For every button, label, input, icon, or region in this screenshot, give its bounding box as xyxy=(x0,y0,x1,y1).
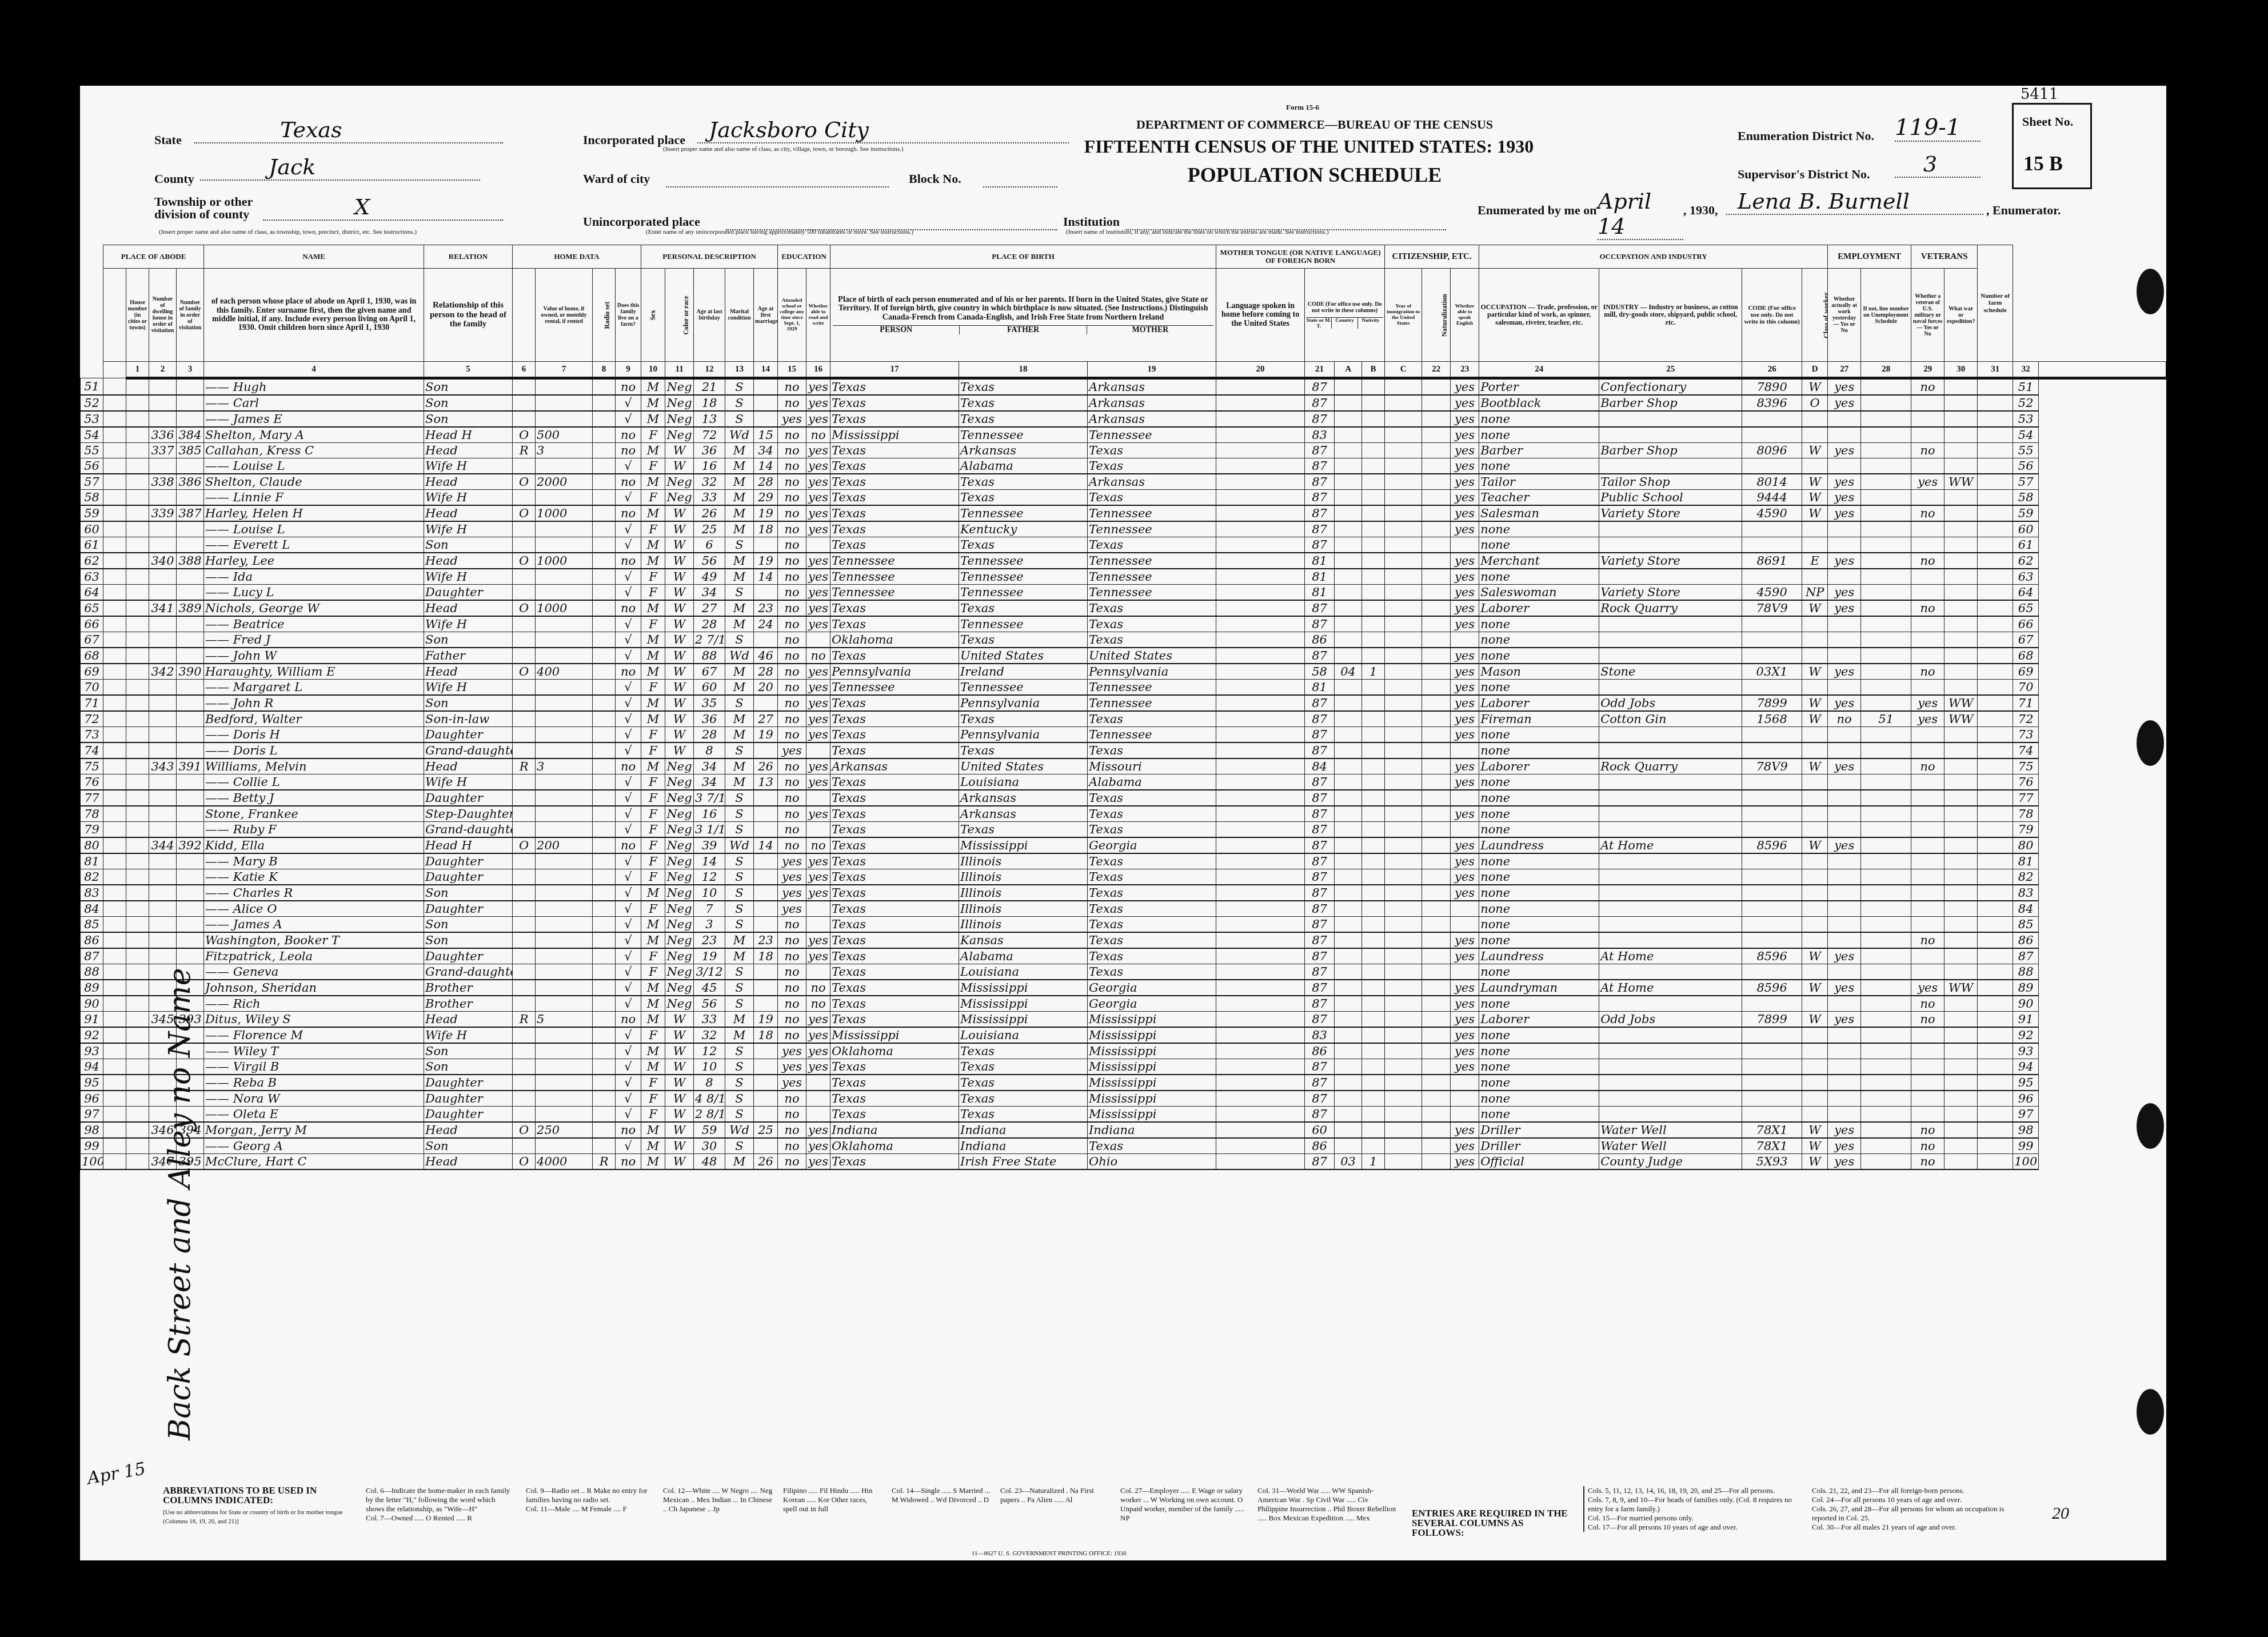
industry xyxy=(1599,1043,1742,1059)
read-write: yes xyxy=(806,1027,830,1043)
unemployment-line xyxy=(1861,932,1911,948)
occupation: none xyxy=(1479,458,1599,474)
marital-status: Wd xyxy=(725,1122,754,1138)
birthplace-father: Louisiana xyxy=(959,774,1088,790)
birthplace-father: Texas xyxy=(959,711,1088,727)
table-row: 88—— GenevaGrand-daughter√FNeg3/12SnoTex… xyxy=(81,964,2166,980)
age: 33 xyxy=(694,1012,725,1028)
veteran: no xyxy=(1911,443,1944,458)
attended-school: no xyxy=(778,378,806,396)
house-number xyxy=(126,521,149,537)
incorporated-note: (Insert proper name and also name of cla… xyxy=(663,146,904,153)
line-number-right: 70 xyxy=(2013,680,2039,696)
immigration-year xyxy=(1385,964,1422,980)
census-rows: 51—— HughSonnoMNeg21SnoyesTexasTexasArka… xyxy=(81,378,2166,1170)
line-number-header xyxy=(2039,362,2166,378)
house-number xyxy=(126,837,149,853)
code-c xyxy=(1362,1027,1385,1043)
unemployment-line xyxy=(1861,648,1911,664)
birthplace-mother: Missouri xyxy=(1088,758,1216,774)
code-a: 86 xyxy=(1305,1138,1335,1154)
farm: √ xyxy=(616,869,641,885)
radio-set xyxy=(593,648,616,664)
dwelling-number: 337 xyxy=(149,443,177,458)
radio-set xyxy=(593,1138,616,1154)
read-write: yes xyxy=(806,411,830,427)
line-number-left: 99 xyxy=(81,1138,103,1154)
veteran xyxy=(1911,585,1944,601)
occupation-code xyxy=(1742,1091,1802,1107)
war xyxy=(1944,648,1978,664)
class-of-worker xyxy=(1802,774,1828,790)
occupation: Official xyxy=(1479,1154,1599,1170)
race: W xyxy=(665,1107,694,1123)
veteran xyxy=(1911,1043,1944,1059)
family-number xyxy=(177,695,204,711)
speaks-english: yes xyxy=(1451,806,1479,822)
age-first-marriage: 29 xyxy=(754,490,778,506)
birthplace-father: Kentucky xyxy=(959,521,1088,537)
table-row: 51—— HughSonnoMNeg21SnoyesTexasTexasArka… xyxy=(81,378,2166,396)
code-b xyxy=(1335,505,1362,521)
birthplace-father: Illinois xyxy=(959,853,1088,869)
industry: Cotton Gin xyxy=(1599,711,1742,727)
abbrev-col9-11: Col. 9—Radio set .. R Make no entry for … xyxy=(526,1486,652,1514)
farm: √ xyxy=(616,948,641,964)
attended-school: yes xyxy=(778,742,806,758)
read-write: yes xyxy=(806,585,830,601)
mother-tongue xyxy=(1216,837,1305,853)
occupation-code: 1568 xyxy=(1742,711,1802,727)
code-a: 60 xyxy=(1305,1122,1335,1138)
code-b xyxy=(1335,1012,1362,1028)
home-value xyxy=(536,964,593,980)
immigration-year xyxy=(1385,1075,1422,1091)
war xyxy=(1944,774,1978,790)
code-c xyxy=(1362,521,1385,537)
immigration-year xyxy=(1385,1154,1422,1170)
marital-status: S xyxy=(725,1138,754,1154)
occupation-code xyxy=(1742,822,1802,838)
age: 28 xyxy=(694,616,725,632)
age: 3 xyxy=(694,917,725,933)
speaks-english: yes xyxy=(1451,490,1479,506)
veteran xyxy=(1911,569,1944,585)
industry xyxy=(1599,885,1742,901)
group-place-of-abode: PLACE OF ABODE xyxy=(103,245,204,269)
radio-set xyxy=(593,964,616,980)
person-name: —— Mary B xyxy=(204,853,424,869)
occupation: none xyxy=(1479,537,1599,553)
street xyxy=(103,585,126,601)
mother-tongue xyxy=(1216,695,1305,711)
family-number xyxy=(177,378,204,396)
person-name: —— Florence M xyxy=(204,1027,424,1043)
veteran: no xyxy=(1911,553,1944,569)
age: 56 xyxy=(694,553,725,569)
enumerated-date: April 14 xyxy=(1598,189,1683,240)
page-note: 20 xyxy=(2052,1509,2069,1518)
at-work: yes xyxy=(1828,837,1861,853)
line-number-left: 52 xyxy=(81,395,103,411)
race: W xyxy=(665,1138,694,1154)
code-a: 87 xyxy=(1305,521,1335,537)
marital-status: S xyxy=(725,1075,754,1091)
line-number-left: 100 xyxy=(81,1154,103,1170)
entries-title: ENTRIES ARE REQUIRED IN THE SEVERAL COLU… xyxy=(1412,1509,1578,1538)
abbreviations-block: ABBREVIATIONS TO BE USED IN COLUMNS INDI… xyxy=(163,1486,346,1526)
line-number-right: 59 xyxy=(2013,505,2039,521)
farm-schedule xyxy=(1978,917,2013,933)
code-a: 87 xyxy=(1305,774,1335,790)
line-number-left: 96 xyxy=(81,1091,103,1107)
family-number xyxy=(177,537,204,553)
war xyxy=(1944,822,1978,838)
person-name: Callahan, Kress C xyxy=(204,443,424,458)
at-work: yes xyxy=(1828,585,1861,601)
speaks-english: yes xyxy=(1451,1059,1479,1075)
age: 13 xyxy=(694,411,725,427)
person-name: Fitzpatrick, Leola xyxy=(204,948,424,964)
industry: Variety Store xyxy=(1599,585,1742,601)
class-of-worker: W xyxy=(1802,505,1828,521)
sex: M xyxy=(641,996,665,1012)
relation: Son xyxy=(424,395,513,411)
birthplace-father: Texas xyxy=(959,411,1088,427)
occupation: Laundryman xyxy=(1479,980,1599,996)
code-a: 87 xyxy=(1305,474,1335,490)
header-colD: CODE (For office use only. Do not write … xyxy=(1742,269,1802,362)
farm: √ xyxy=(616,901,641,917)
family-number xyxy=(177,569,204,585)
age-first-marriage xyxy=(754,411,778,427)
class-of-worker xyxy=(1802,632,1828,648)
farm-schedule xyxy=(1978,964,2013,980)
war xyxy=(1944,443,1978,458)
column-number: 12 xyxy=(694,362,725,378)
war xyxy=(1944,948,1978,964)
marital-status: S xyxy=(725,395,754,411)
relation: Son xyxy=(424,1043,513,1059)
line-number-right: 82 xyxy=(2013,869,2039,885)
line-number-left: 65 xyxy=(81,600,103,616)
code-a: 87 xyxy=(1305,1075,1335,1091)
line-number-left: 62 xyxy=(81,553,103,569)
attended-school: no xyxy=(778,996,806,1012)
person-name: —— John W xyxy=(204,648,424,664)
farm: √ xyxy=(616,964,641,980)
war xyxy=(1944,790,1978,806)
farm: √ xyxy=(616,711,641,727)
occupation-code: 78X1 xyxy=(1742,1122,1802,1138)
house-number xyxy=(126,378,149,396)
code-b xyxy=(1335,1122,1362,1138)
race: W xyxy=(665,458,694,474)
farm: √ xyxy=(616,1043,641,1059)
farm-schedule xyxy=(1978,553,2013,569)
occupation: none xyxy=(1479,790,1599,806)
speaks-english xyxy=(1451,742,1479,758)
industry xyxy=(1599,427,1742,443)
farm: √ xyxy=(616,806,641,822)
code-a: 87 xyxy=(1305,490,1335,506)
naturalization xyxy=(1422,1154,1451,1170)
header-col19: FATHER xyxy=(959,326,1086,334)
veteran xyxy=(1911,822,1944,838)
veteran xyxy=(1911,727,1944,743)
farm-schedule xyxy=(1978,411,2013,427)
class-of-worker xyxy=(1802,964,1828,980)
home-value: 3 xyxy=(536,443,593,458)
mother-tongue xyxy=(1216,1154,1305,1170)
home-owned xyxy=(513,996,536,1012)
veteran xyxy=(1911,1075,1944,1091)
street xyxy=(103,980,126,996)
relation: Son xyxy=(424,411,513,427)
war xyxy=(1944,758,1978,774)
line-number-left: 55 xyxy=(81,443,103,458)
relation: Wife H xyxy=(424,774,513,790)
mother-tongue xyxy=(1216,1059,1305,1075)
family-number xyxy=(177,411,204,427)
occupation: Salesman xyxy=(1479,505,1599,521)
age-first-marriage xyxy=(754,980,778,996)
age-first-marriage xyxy=(754,378,778,396)
occupation-code: 4590 xyxy=(1742,585,1802,601)
farm-schedule xyxy=(1978,758,2013,774)
immigration-year xyxy=(1385,427,1422,443)
read-write: yes xyxy=(806,553,830,569)
dwelling-number xyxy=(149,774,177,790)
speaks-english: yes xyxy=(1451,948,1479,964)
header-col18: PERSON xyxy=(833,326,959,334)
birthplace-person: Texas xyxy=(830,885,959,901)
immigration-year xyxy=(1385,411,1422,427)
race: W xyxy=(665,1122,694,1138)
house-number xyxy=(126,664,149,680)
line-number-left: 58 xyxy=(81,490,103,506)
line-number-right: 75 xyxy=(2013,758,2039,774)
family-number xyxy=(177,585,204,601)
radio-set xyxy=(593,1012,616,1028)
occupation-code xyxy=(1742,996,1802,1012)
person-name: —— Louise L xyxy=(204,521,424,537)
person-name: Haraughty, William E xyxy=(204,664,424,680)
read-write: no xyxy=(806,980,830,996)
farm: √ xyxy=(616,695,641,711)
farm: √ xyxy=(616,980,641,996)
relation: Daughter xyxy=(424,853,513,869)
war xyxy=(1944,537,1978,553)
age: 18 xyxy=(694,395,725,411)
line-number-right: 85 xyxy=(2013,917,2039,933)
radio-set xyxy=(593,837,616,853)
birthplace-mother: Alabama xyxy=(1088,774,1216,790)
dwelling-number xyxy=(149,378,177,396)
sex: F xyxy=(641,1107,665,1123)
home-value xyxy=(536,1138,593,1154)
age: 6 xyxy=(694,537,725,553)
relation: Brother xyxy=(424,980,513,996)
farm-schedule xyxy=(1978,727,2013,743)
occupation: none xyxy=(1479,869,1599,885)
sex: F xyxy=(641,490,665,506)
birthplace-mother: Texas xyxy=(1088,600,1216,616)
header-col32: Number of farm schedule xyxy=(1978,245,2013,362)
mother-tongue xyxy=(1216,869,1305,885)
state-label: State xyxy=(154,133,182,147)
person-name: McClure, Hart C xyxy=(204,1154,424,1170)
mother-tongue xyxy=(1216,569,1305,585)
line-number-right: 56 xyxy=(2013,458,2039,474)
code-b xyxy=(1335,837,1362,853)
occupation: none xyxy=(1479,632,1599,648)
birthplace-father: Texas xyxy=(959,474,1088,490)
family-number: 388 xyxy=(177,553,204,569)
code-b xyxy=(1335,648,1362,664)
marital-status: M xyxy=(725,1027,754,1043)
veteran xyxy=(1911,853,1944,869)
code-a: 87 xyxy=(1305,742,1335,758)
race: Neg xyxy=(665,964,694,980)
home-value xyxy=(536,695,593,711)
home-value xyxy=(536,917,593,933)
occupation-code: 4590 xyxy=(1742,505,1802,521)
industry: At Home xyxy=(1599,980,1742,996)
class-of-worker: W xyxy=(1802,443,1828,458)
farm: √ xyxy=(616,569,641,585)
veteran xyxy=(1911,806,1944,822)
birthplace-mother: Mississippi xyxy=(1088,1027,1216,1043)
sex: F xyxy=(641,901,665,917)
sex: M xyxy=(641,1138,665,1154)
relation: Head H xyxy=(424,837,513,853)
occupation-code xyxy=(1742,901,1802,917)
relation: Wife H xyxy=(424,1027,513,1043)
naturalization xyxy=(1422,616,1451,632)
radio-set xyxy=(593,1059,616,1075)
code-b xyxy=(1335,1075,1362,1091)
at-work xyxy=(1828,774,1861,790)
race: W xyxy=(665,632,694,648)
abbrev-col23: Col. 23—Naturalized . Na First papers ..… xyxy=(1000,1486,1115,1504)
person-name: Ditus, Wiley S xyxy=(204,1012,424,1028)
farm: no xyxy=(616,378,641,396)
birthplace-person: Texas xyxy=(830,537,959,553)
sex: F xyxy=(641,427,665,443)
age-first-marriage: 46 xyxy=(754,648,778,664)
enumerator-label: , Enumerator. xyxy=(1986,203,2061,218)
home-value xyxy=(536,1091,593,1107)
age: 34 xyxy=(694,774,725,790)
age-first-marriage xyxy=(754,806,778,822)
line-number-left: 66 xyxy=(81,616,103,632)
attended-school: no xyxy=(778,774,806,790)
group-veterans: VETERANS xyxy=(1911,245,1978,269)
line-number-left: 93 xyxy=(81,1043,103,1059)
farm: √ xyxy=(616,853,641,869)
read-write: yes xyxy=(806,1138,830,1154)
birthplace-father: Illinois xyxy=(959,869,1088,885)
code-b xyxy=(1335,727,1362,743)
dwelling-number xyxy=(149,932,177,948)
column-number: 16 xyxy=(806,362,830,378)
birthplace-person: Texas xyxy=(830,932,959,948)
occupation: none xyxy=(1479,996,1599,1012)
sex: M xyxy=(641,505,665,521)
age: 72 xyxy=(694,427,725,443)
code-b xyxy=(1335,711,1362,727)
line-number-right: 51 xyxy=(2013,378,2039,396)
street xyxy=(103,917,126,933)
person-name: —— Katie K xyxy=(204,869,424,885)
speaks-english: yes xyxy=(1451,411,1479,427)
line-number-left: 54 xyxy=(81,427,103,443)
header-col7: Home owned or rented xyxy=(513,269,536,362)
table-row: 74—— Doris LGrand-daughter√FW8SyesTexasT… xyxy=(81,742,2166,758)
house-number xyxy=(126,1122,149,1138)
sheet-label: Sheet No. xyxy=(2022,114,2073,129)
birthplace-mother: Texas xyxy=(1088,632,1216,648)
attended-school: no xyxy=(778,490,806,506)
attended-school: no xyxy=(778,727,806,743)
home-value xyxy=(536,490,593,506)
line-number-left: 91 xyxy=(81,1012,103,1028)
age: 16 xyxy=(694,458,725,474)
class-of-worker xyxy=(1802,822,1828,838)
header-code: CODE (For office use only. Do not write … xyxy=(1305,269,1385,362)
birthplace-person: Texas xyxy=(830,711,959,727)
home-owned: O xyxy=(513,427,536,443)
class-of-worker: NP xyxy=(1802,585,1828,601)
industry: At Home xyxy=(1599,948,1742,964)
header-col13: Age at last birthday xyxy=(694,269,725,362)
farm: √ xyxy=(616,727,641,743)
entries-list-1: Cols. 5, 11, 12, 13, 14, 16, 18, 19, 20,… xyxy=(1583,1486,1805,1532)
form-number: Form 15-6 xyxy=(1286,103,1319,112)
relation: Daughter xyxy=(424,948,513,964)
relation: Grand-daughter xyxy=(424,742,513,758)
veteran xyxy=(1911,948,1944,964)
line-number-left: 60 xyxy=(81,521,103,537)
at-work xyxy=(1828,853,1861,869)
code-a: 87 xyxy=(1305,695,1335,711)
radio-set xyxy=(593,443,616,458)
race: Neg xyxy=(665,774,694,790)
column-number: 3 xyxy=(177,362,204,378)
naturalization xyxy=(1422,648,1451,664)
war xyxy=(1944,427,1978,443)
code-c xyxy=(1362,948,1385,964)
street xyxy=(103,1027,126,1043)
industry xyxy=(1599,996,1742,1012)
line-number-left: 75 xyxy=(81,758,103,774)
industry xyxy=(1599,632,1742,648)
birthplace-person: Texas xyxy=(830,616,959,632)
code-b: 04 xyxy=(1335,664,1362,680)
left-margin-spacer xyxy=(81,245,103,378)
marital-status: S xyxy=(725,411,754,427)
attended-school: no xyxy=(778,822,806,838)
naturalization xyxy=(1422,774,1451,790)
war xyxy=(1944,1138,1978,1154)
age-first-marriage: 23 xyxy=(754,932,778,948)
table-row: 61—— Everett LSon√MW6SnoTexasTexasTexas8… xyxy=(81,537,2166,553)
unemployment-line xyxy=(1861,853,1911,869)
person-name: —— Beatrice xyxy=(204,616,424,632)
attended-school: no xyxy=(778,395,806,411)
birth-note: Place of birth of each person enumerated… xyxy=(833,296,1213,322)
